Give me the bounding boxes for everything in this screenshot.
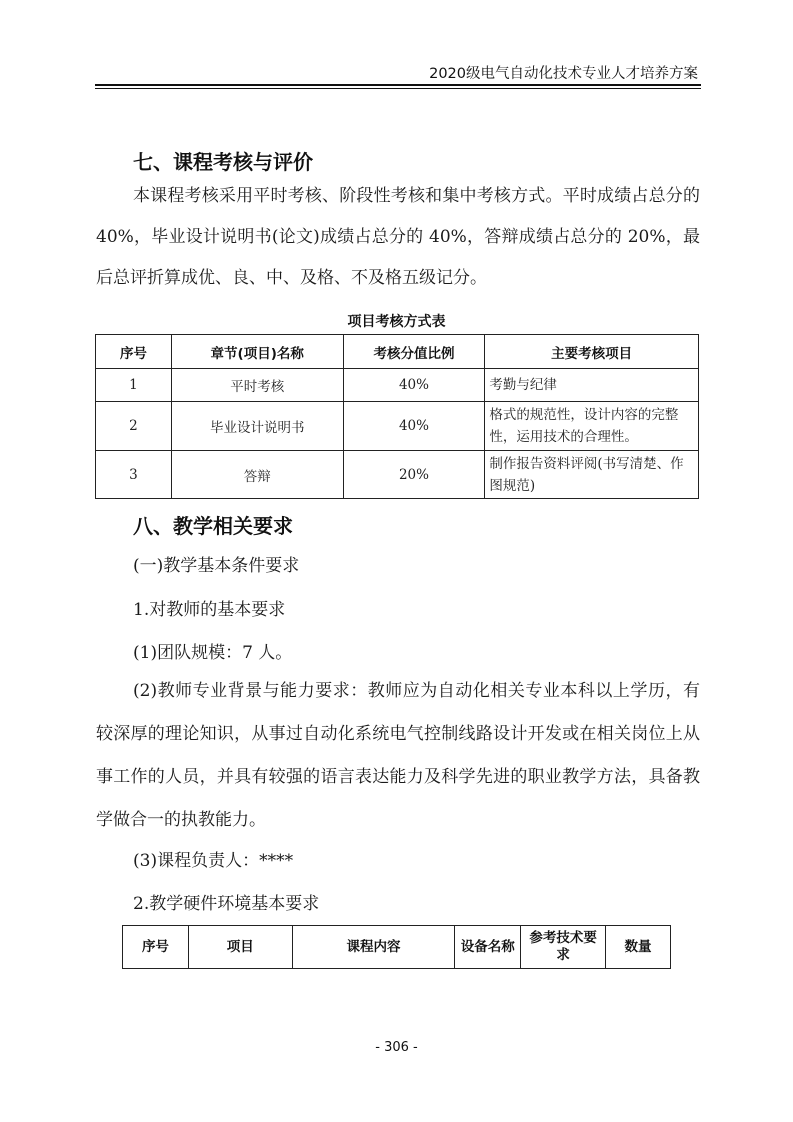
header-cell: 项目	[188, 926, 292, 969]
hardware-table: 序号 项目 课程内容 设备名称 参考技术要求 数量	[122, 925, 671, 969]
cell-ratio: 40%	[343, 402, 485, 451]
header-cell: 主要考核项目	[485, 335, 699, 369]
cell-name: 答辩	[171, 451, 343, 499]
header-cell: 考核分值比例	[343, 335, 485, 369]
cell-name: 平时考核	[171, 369, 343, 402]
cell-index: 3	[96, 451, 172, 499]
table-row: 1 平时考核 40% 考勤与纪律	[96, 369, 699, 402]
item-hardware-requirements: 2.教学硬件环境基本要求	[133, 889, 319, 914]
point-teacher-background: (2)教师专业背景与能力要求：教师应为自动化相关专业本科以上学历，有较深厚的理论…	[96, 670, 700, 842]
table-row: 2 毕业设计说明书 40% 格式的规范性，设计内容的完整性，运用技术的合理性。	[96, 402, 699, 451]
assessment-table: 序号 章节(项目)名称 考核分值比例 主要考核项目 1 平时考核 40% 考勤与…	[95, 334, 699, 499]
cell-index: 1	[96, 369, 172, 402]
table-header-row: 序号 项目 课程内容 设备名称 参考技术要求 数量	[123, 926, 671, 969]
header-cell: 参考技术要求	[521, 926, 606, 969]
table-caption: 项目考核方式表	[0, 311, 793, 331]
cell-items: 制作报告资料评阅(书写清楚、作图规范)	[485, 451, 699, 499]
table-row: 3 答辩 20% 制作报告资料评阅(书写清楚、作图规范)	[96, 451, 699, 499]
item-teacher-requirements: 1.对教师的基本要求	[133, 595, 285, 620]
section-heading-7: 七、课程考核与评价	[133, 146, 313, 175]
section-7-paragraph: 本课程考核采用平时考核、阶段性考核和集中考核方式。平时成绩占总分的 40%，毕业…	[96, 176, 700, 299]
header-cell: 章节(项目)名称	[171, 335, 343, 369]
cell-items: 考勤与纪律	[485, 369, 699, 402]
running-header: 2020级电气自动化技术专业人才培养方案	[429, 62, 698, 83]
cell-items: 格式的规范性，设计内容的完整性，运用技术的合理性。	[485, 402, 699, 451]
cell-index: 2	[96, 402, 172, 451]
header-cell: 设备名称	[455, 926, 521, 969]
section-heading-8: 八、教学相关要求	[133, 510, 293, 539]
page-number: - 306 -	[0, 1040, 793, 1055]
header-cell: 课程内容	[292, 926, 455, 969]
cell-ratio: 40%	[343, 369, 485, 402]
header-cell: 数量	[606, 926, 671, 969]
subheading-teaching-conditions: (一)教学基本条件要求	[133, 551, 299, 576]
header-cell: 序号	[96, 335, 172, 369]
header-cell: 序号	[123, 926, 189, 969]
cell-name: 毕业设计说明书	[171, 402, 343, 451]
point-course-lead: (3)课程负责人：****	[133, 846, 293, 871]
point-team-size: (1)团队规模：7 人。	[133, 638, 292, 663]
header-divider	[95, 84, 701, 89]
table-header-row: 序号 章节(项目)名称 考核分值比例 主要考核项目	[96, 335, 699, 369]
cell-ratio: 20%	[343, 451, 485, 499]
